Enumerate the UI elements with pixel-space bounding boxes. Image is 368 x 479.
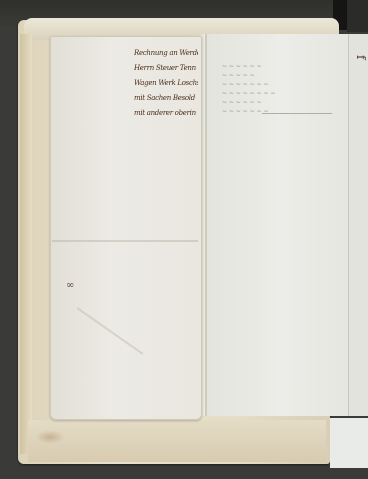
faint-line: ~ ~ ~ ~ ~ ~ ~ <box>222 107 348 116</box>
note-line: Wagen Werk Loschs <box>134 76 198 91</box>
faint-line: ~ ~ ~ ~ ~ ~ <box>222 62 348 71</box>
faint-line: ~ ~ ~ ~ ~ ~ ~ <box>222 80 348 89</box>
faint-line: ~ ~ ~ ~ ~ ~ <box>222 98 348 107</box>
underline-rule <box>262 113 332 114</box>
fold-crease <box>52 240 198 242</box>
adjacent-page-edge <box>348 34 368 416</box>
faint-line: ~ ~ ~ ~ ~ <box>222 71 348 80</box>
margin-letter: f <box>356 55 366 59</box>
loose-paper-corner <box>330 418 368 468</box>
board-bottom-area <box>28 420 326 462</box>
note-line: mit anderer oberin <box>134 106 198 121</box>
handwritten-note: Rechnung an Werden Herrn Steuer Tenn Wag… <box>134 46 198 121</box>
note-line: Rechnung an Werden <box>134 46 198 61</box>
page-stack-left-edge <box>20 34 32 454</box>
faded-page-text: ~ ~ ~ ~ ~ ~ ~ ~ ~ ~ ~ ~ ~ ~ ~ ~ ~ ~ ~ ~ … <box>222 62 348 116</box>
book-binding-edge <box>347 0 368 32</box>
note-line: mit Sachen Besold <box>134 91 198 106</box>
ink-blot-mark: ∞ <box>66 280 74 291</box>
stain-mark <box>35 430 65 444</box>
faint-line: ~ ~ ~ ~ ~ ~ ~ ~ <box>222 89 348 98</box>
note-line: Herrn Steuer Tenn <box>134 61 198 76</box>
